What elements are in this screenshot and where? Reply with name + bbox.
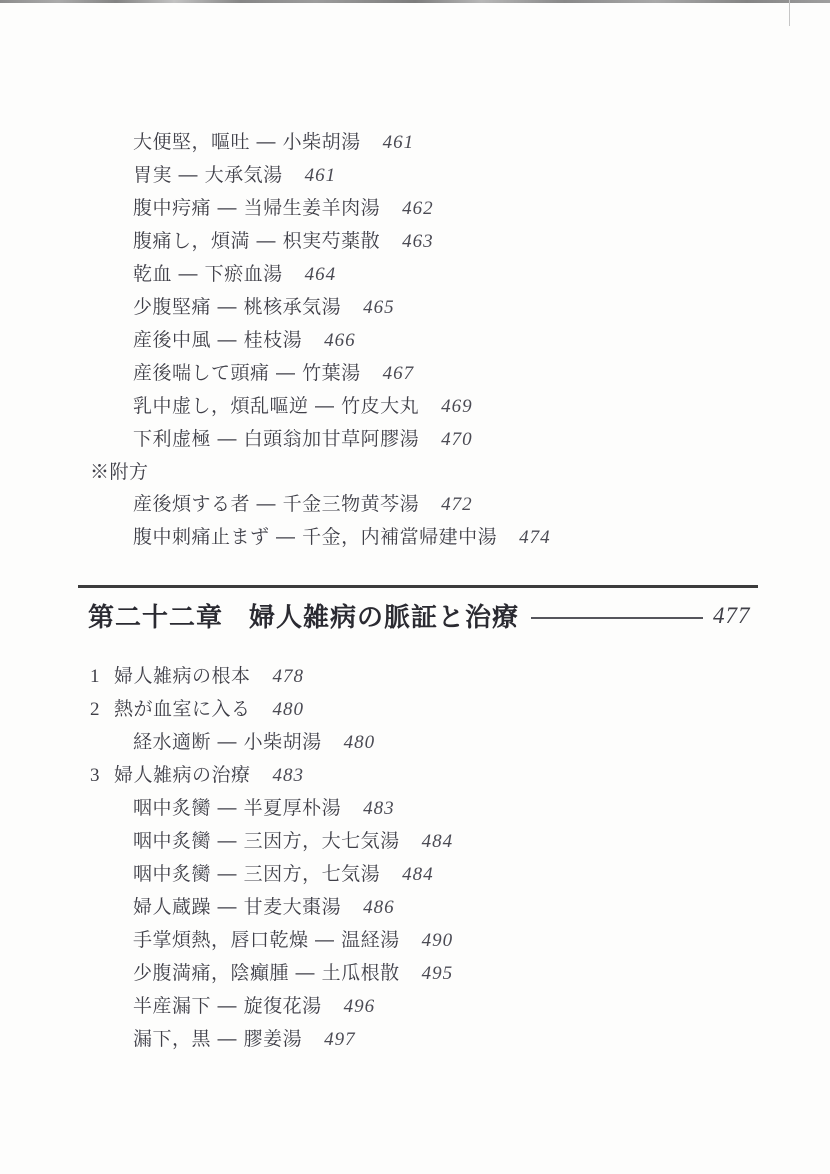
chapter-page-number: 477 xyxy=(713,603,751,629)
toc-entry: 大便堅，嘔吐 ― 小柴胡湯461 xyxy=(90,126,551,159)
toc-entry: 胃実 ― 大承気湯461 xyxy=(90,159,551,192)
toc-entry: 1婦人雑病の根本478 xyxy=(90,660,453,693)
entry-text: 乾血 ― 下瘀血湯 xyxy=(133,263,283,285)
chapter-rule xyxy=(78,585,758,588)
entry-page-number: 484 xyxy=(422,831,454,852)
entry-text: 胃実 ― 大承気湯 xyxy=(133,164,283,186)
toc-entry: 腹中疞痛 ― 当帰生姜羊肉湯462 xyxy=(90,192,551,225)
entry-number: 1 xyxy=(90,661,105,693)
entry-text: 婦人雑病の治療 xyxy=(114,764,251,786)
entry-text: 半産漏下 ― 旋復花湯 xyxy=(133,995,322,1017)
entry-text: 手掌煩熱，唇口乾燥 ― 温経湯 xyxy=(133,929,400,951)
chapter-title: 婦人雑病の脈証と治療 xyxy=(249,597,519,634)
entry-text: 少腹堅痛 ― 桃核承気湯 xyxy=(133,296,341,318)
entry-page-number: 462 xyxy=(402,198,434,219)
entry-page-number: 484 xyxy=(402,864,434,885)
entry-text: 漏下，黒 ― 膠姜湯 xyxy=(133,1028,302,1050)
entry-page-number: 465 xyxy=(363,297,395,318)
entry-page-number: 469 xyxy=(441,396,473,417)
entry-page-number: 463 xyxy=(402,231,434,252)
scan-edge-artifact-tick xyxy=(789,0,790,26)
toc-entry: 3婦人雑病の治療483 xyxy=(90,759,453,792)
toc-entry: 産後中風 ― 桂枝湯466 xyxy=(90,324,551,357)
appendix-label: ※附方 xyxy=(90,456,551,488)
toc-section-chapter22: 1婦人雑病の根本478 2熱が血室に入る480 経水適断 ― 小柴胡湯480 3… xyxy=(90,660,453,1056)
entry-page-number: 480 xyxy=(273,699,305,720)
toc-entry: 少腹満痛，陰癲腫 ― 土瓜根散495 xyxy=(90,957,453,990)
entry-page-number: 466 xyxy=(324,330,356,351)
scanned-book-page: 大便堅，嘔吐 ― 小柴胡湯461 胃実 ― 大承気湯461 腹中疞痛 ― 当帰生… xyxy=(0,0,830,1174)
entry-number: 2 xyxy=(90,694,105,726)
entry-text: 熱が血室に入る xyxy=(114,698,251,720)
entry-text: 産後煩する者 ― 千金三物黄芩湯 xyxy=(133,493,419,515)
entry-page-number: 495 xyxy=(422,963,454,984)
entry-text: 少腹満痛，陰癲腫 ― 土瓜根散 xyxy=(133,962,400,984)
toc-entry: 咽中炙臠 ― 半夏厚朴湯483 xyxy=(90,792,453,825)
entry-page-number: 490 xyxy=(422,930,454,951)
entry-text: 咽中炙臠 ― 半夏厚朴湯 xyxy=(133,797,341,819)
entry-page-number: 461 xyxy=(305,165,337,186)
chapter-heading-block: 第二十二章 婦人雑病の脈証と治療 477 xyxy=(78,585,758,634)
toc-entry: 2熱が血室に入る480 xyxy=(90,693,453,726)
toc-entry: 乳中虚し，煩乱嘔逆 ― 竹皮大丸469 xyxy=(90,390,551,423)
entry-page-number: 483 xyxy=(363,798,395,819)
toc-entry: 乾血 ― 下瘀血湯464 xyxy=(90,258,551,291)
entry-text: 咽中炙臠 ― 三因方，七気湯 xyxy=(133,863,380,885)
entry-text: 婦人雑病の根本 xyxy=(114,665,251,687)
toc-entry: 腹中刺痛止まず ― 千金，内補當帰建中湯474 xyxy=(90,521,551,554)
toc-section-upper: 大便堅，嘔吐 ― 小柴胡湯461 胃実 ― 大承気湯461 腹中疞痛 ― 当帰生… xyxy=(90,126,551,554)
entry-page-number: 478 xyxy=(273,666,305,687)
entry-page-number: 464 xyxy=(305,264,337,285)
toc-entry: 少腹堅痛 ― 桃核承気湯465 xyxy=(90,291,551,324)
entry-text: 下利虚極 ― 白頭翁加甘草阿膠湯 xyxy=(133,428,419,450)
entry-text: 腹痛し，煩満 ― 枳実芍薬散 xyxy=(133,230,380,252)
entry-page-number: 497 xyxy=(324,1029,356,1050)
toc-entry: 経水適断 ― 小柴胡湯480 xyxy=(90,726,453,759)
entry-text: 産後喘して頭痛 ― 竹葉湯 xyxy=(133,362,361,384)
chapter-heading: 第二十二章 婦人雑病の脈証と治療 477 xyxy=(78,597,758,634)
chapter-leader-line xyxy=(531,617,703,619)
entry-text: 腹中疞痛 ― 当帰生姜羊肉湯 xyxy=(133,197,380,219)
entry-page-number: 470 xyxy=(441,429,473,450)
toc-entry: 咽中炙臠 ― 三因方，大七気湯484 xyxy=(90,825,453,858)
toc-entry: 漏下，黒 ― 膠姜湯497 xyxy=(90,1023,453,1056)
entry-page-number: 496 xyxy=(344,996,376,1017)
entry-text: 大便堅，嘔吐 ― 小柴胡湯 xyxy=(133,131,361,153)
entry-text: 産後中風 ― 桂枝湯 xyxy=(133,329,302,351)
entry-page-number: 472 xyxy=(441,494,473,515)
toc-entry: 産後煩する者 ― 千金三物黄芩湯472 xyxy=(90,488,551,521)
toc-entry: 咽中炙臠 ― 三因方，七気湯484 xyxy=(90,858,453,891)
entry-text: 咽中炙臠 ― 三因方，大七気湯 xyxy=(133,830,400,852)
entry-text: 経水適断 ― 小柴胡湯 xyxy=(133,731,322,753)
entry-text: 乳中虚し，煩乱嘔逆 ― 竹皮大丸 xyxy=(133,395,419,417)
entry-page-number: 480 xyxy=(344,732,376,753)
toc-entry: 手掌煩熱，唇口乾燥 ― 温経湯490 xyxy=(90,924,453,957)
entry-page-number: 474 xyxy=(519,527,551,548)
toc-entry: 下利虚極 ― 白頭翁加甘草阿膠湯470 xyxy=(90,423,551,456)
entry-page-number: 467 xyxy=(383,363,415,384)
entry-text: 婦人蔵躁 ― 甘麦大棗湯 xyxy=(133,896,341,918)
entry-text: 腹中刺痛止まず ― 千金，内補當帰建中湯 xyxy=(133,526,497,548)
entry-page-number: 486 xyxy=(363,897,395,918)
toc-entry: 腹痛し，煩満 ― 枳実芍薬散463 xyxy=(90,225,551,258)
entry-page-number: 483 xyxy=(273,765,305,786)
toc-entry: 婦人蔵躁 ― 甘麦大棗湯486 xyxy=(90,891,453,924)
entry-number: 3 xyxy=(90,760,105,792)
toc-entry: 半産漏下 ― 旋復花湯496 xyxy=(90,990,453,1023)
toc-entry: 産後喘して頭痛 ― 竹葉湯467 xyxy=(90,357,551,390)
entry-page-number: 461 xyxy=(383,132,415,153)
scan-edge-artifact-top xyxy=(0,0,830,3)
chapter-number: 第二十二章 xyxy=(88,597,223,634)
